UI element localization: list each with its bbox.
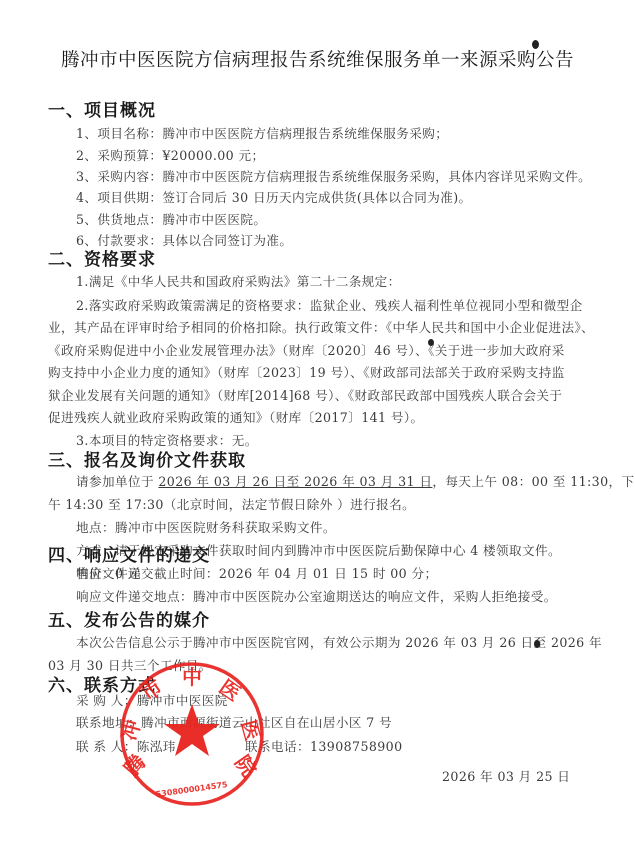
registration-suffix: ，每天上午 08：00 至 11:30，下 [432, 474, 634, 489]
svg-text:中: 中 [182, 665, 202, 689]
registration-prefix: 请参加单位于 [76, 474, 158, 489]
media-line: 本次公告信息公示于腾冲市中医医院官网，有效公示期为 2026 年 03 月 26… [76, 632, 602, 651]
overview-item: 4、项目供期：签订合同后 30 日历天内完成供货(具体以合同为准)。 [76, 187, 472, 206]
document-title: 腾冲市中医医院方信病理报告系统维保服务单一来源采购公告 [0, 46, 635, 72]
scan-speck [532, 40, 539, 49]
section-heading-qualification: 二、资格要求 [48, 245, 156, 270]
contact-phone: 联系电话：13908758900 [245, 736, 403, 755]
overview-item: 1、项目名称：腾冲市中医医院方信病理报告系统维保服务采购； [76, 123, 448, 142]
qualification-line: 购支持中小企业力度的通知》（财库〔2023〕19 号）、《财政部司法部关于政府采… [48, 362, 565, 381]
overview-item: 2、采购预算：¥20000.00 元； [76, 145, 264, 164]
submission-deadline: 响应文件递交截止时间：2026 年 04 月 01 日 15 时 00 分； [76, 563, 437, 582]
registration-period: 请参加单位于 2026 年 03 月 26 日至 2026 年 03 月 31 … [76, 471, 634, 490]
submission-place: 响应文件递交地点：腾冲市中医医院办公室逾期送达的响应文件，采购人拒绝接受。 [76, 586, 557, 605]
scan-speck [534, 640, 540, 648]
qualification-line: 狱企业发展有关问题的通知》（财库[2014]68 号）、《财政部民政部中国残疾人… [48, 385, 562, 404]
svg-text:院: 院 [230, 751, 261, 781]
scan-speck [428, 339, 434, 346]
section-heading-registration: 三、报名及询价文件获取 [48, 446, 246, 471]
svg-text:医: 医 [215, 675, 245, 706]
qualification-line: 业，其产品在评审时给予相同的价格扣除。执行政策文件：《中华人民共和国中小企业促进… [48, 317, 594, 336]
qualification-line: 《政府采购促进中小企业发展管理办法》（财库〔2020〕46 号）、《关于进一步加… [48, 340, 565, 359]
registration-hours: 午 14:30 至 17:30（北京时间，法定节假日除外 ）进行报名。 [48, 494, 415, 513]
qualification-line: 促进残疾人就业政府采购政策的通知》（财库〔2017〕141 号）。 [48, 407, 424, 426]
svg-text:市: 市 [137, 675, 167, 706]
svg-text:5308000014575: 5308000014575 [155, 780, 228, 799]
document-date: 2026 年 03 月 25 日 [442, 766, 570, 785]
overview-item: 3、采购内容：腾冲市中医医院方信病理报告系统维保服务采购，具体内容详见采购文件。 [76, 166, 591, 185]
official-seal-icon: 腾 冲 市 中 医 医 院 5308000014575 [118, 660, 266, 808]
overview-item: 5、供货地点：腾冲市中医医院。 [76, 209, 266, 228]
qualification-line: 2.落实政府采购政策需满足的资格要求：监狱企业、残疾人福利性单位视同小型和微型企 [76, 295, 583, 314]
registration-dates: 2026 年 03 月 26 日至 2026 年 03 月 31 日 [158, 474, 432, 489]
registration-location: 地点：腾冲市中医医院财务科获取采购文件。 [76, 517, 336, 536]
qualification-line: 1.满足《中华人民共和国政府采购法》第二十二条规定： [76, 271, 401, 290]
section-heading-media: 五、发布公告的媒介 [48, 606, 210, 631]
section-heading-overview: 一、项目概况 [48, 96, 156, 121]
